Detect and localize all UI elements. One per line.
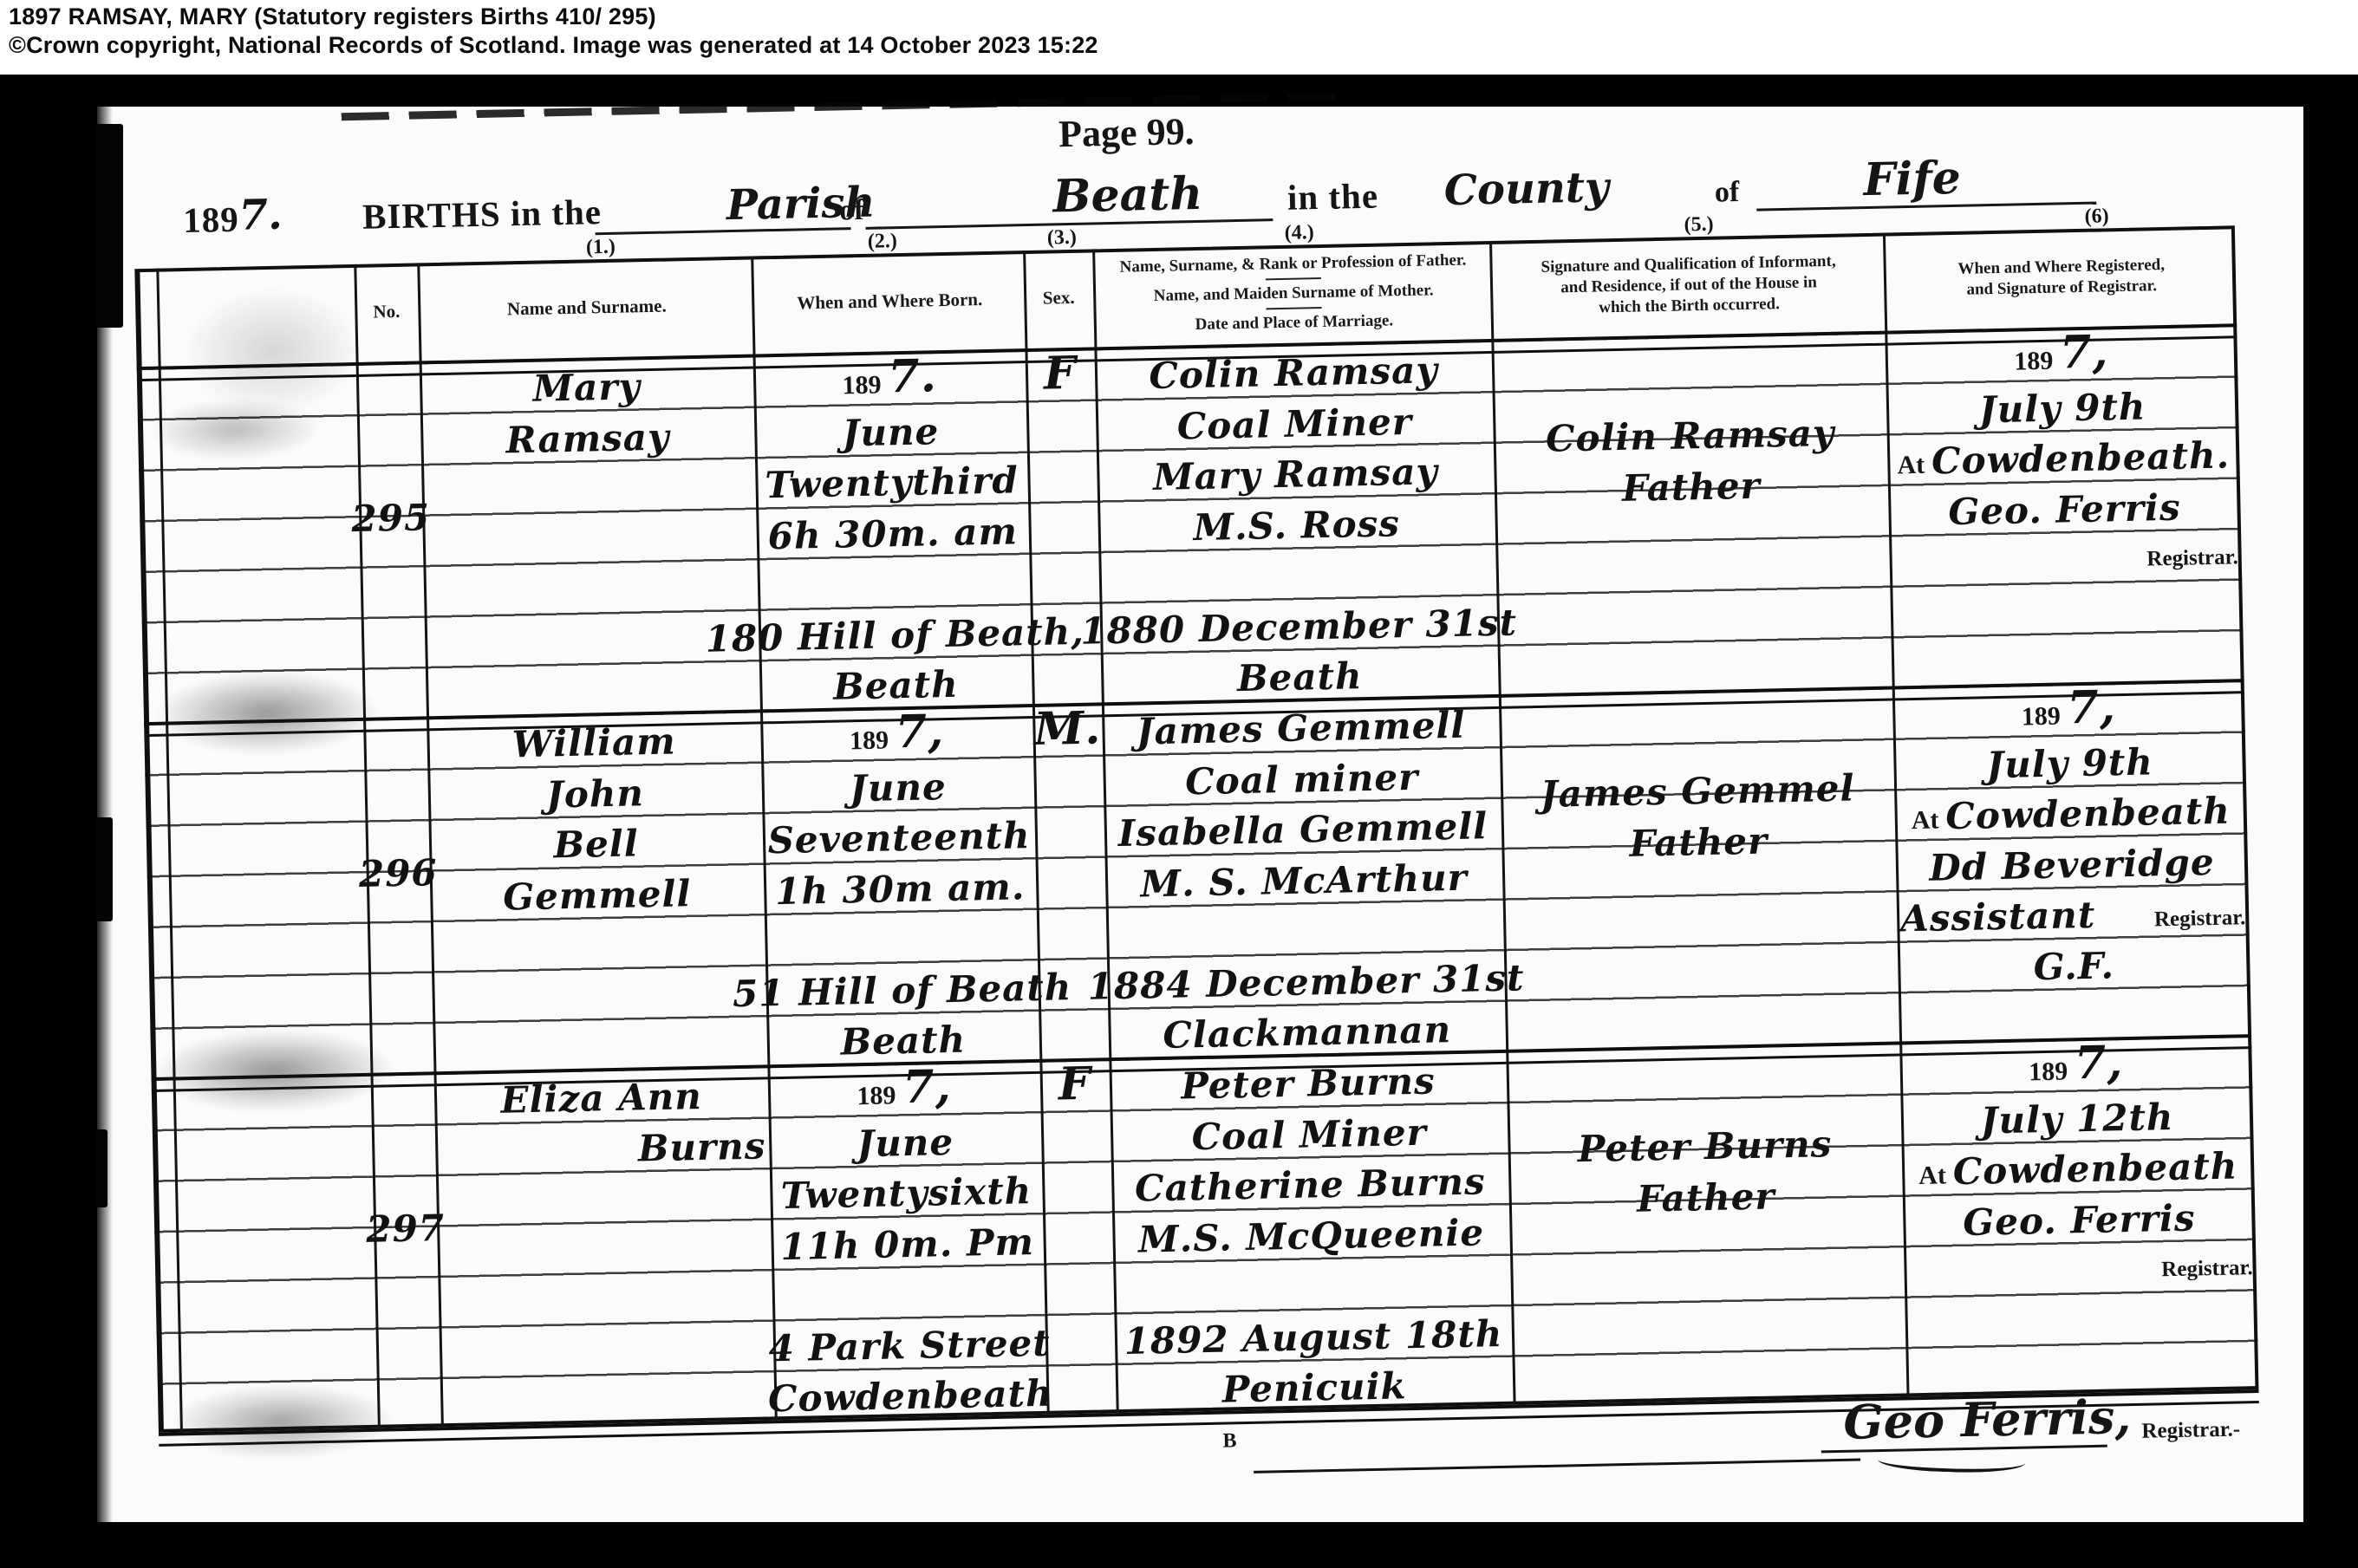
scan-edge-mark — [95, 1129, 107, 1207]
handwritten-text: William — [511, 723, 676, 763]
cell-entry: Mary — [423, 355, 751, 413]
handwritten-text: Colin Ramsay — [1546, 415, 1835, 458]
cell-entry: 1897, — [1896, 679, 2242, 737]
column-number-4: (4.) — [1284, 221, 1314, 245]
handwritten-text: F — [1044, 351, 1078, 397]
handwritten-text: Father — [1629, 823, 1768, 862]
title-year: 1897. — [183, 191, 283, 241]
handwritten-text: Eliza Ann — [500, 1078, 702, 1119]
column-number-2: (2.) — [868, 230, 898, 254]
cell-entry: M.S. McQueenie — [1116, 1202, 1507, 1261]
handwritten-text: Twentysixth — [780, 1173, 1032, 1214]
preprinted-text: Registrar. — [2146, 546, 2238, 572]
handwritten-text: M. S. McArthur — [1140, 859, 1468, 902]
cell-entry: M. — [1036, 702, 1099, 754]
header-name: Name and Surname. — [420, 259, 752, 358]
handwritten-text: Beath — [1237, 659, 1363, 698]
title-of1: of — [838, 179, 863, 228]
handwritten-text: Cowdenbeath. — [1931, 438, 2231, 480]
footer-ruled-line — [1254, 1458, 1860, 1473]
cell-entry: Cowdenbeath — [778, 1363, 1044, 1420]
cell-entry: Father — [1497, 452, 1885, 511]
registrar-signature-row: Geo Ferris, Registrar.- — [1799, 1387, 2285, 1451]
scan-smudge — [168, 1383, 395, 1461]
cell-entry: June — [772, 1110, 1039, 1167]
column-number-6: (6) — [2084, 205, 2109, 229]
title-county-hand: County — [1443, 163, 1609, 215]
handwritten-text: 297 — [366, 1210, 446, 1248]
cell-entry: Catherine Burns — [1115, 1151, 1506, 1210]
handwritten-text: 7, — [2060, 329, 2109, 375]
header-no: No. — [354, 265, 419, 358]
header-born: When and Where Born. — [754, 253, 1025, 350]
cell-entry: 1880 December 31st — [1103, 593, 1494, 652]
handwritten-text: Peter Burns — [1577, 1126, 1832, 1168]
handwritten-text: Bell — [553, 825, 639, 863]
cell-entry: 1897, — [771, 1059, 1037, 1116]
cell-entry: 51 Hill of Beath — [769, 958, 1035, 1014]
preprinted-text: 189 — [850, 725, 889, 756]
handwritten-text: 1h 30m am. — [775, 869, 1026, 910]
scanned-content: Page 99. 1897. BIRTHS in the Parish of B… — [81, 62, 2316, 1523]
cell-entry: John — [431, 760, 759, 818]
cell-entry: Burns — [439, 1116, 766, 1174]
handwritten-text: Colin Ramsay — [1149, 352, 1438, 394]
header-registered: When and Where Registered, and Signature… — [1886, 228, 2237, 327]
cell-entry: 180 Hill of Beath, — [762, 602, 1028, 659]
handwritten-text: 7, — [2074, 1040, 2123, 1086]
cell-entry: Peter Burns — [1112, 1050, 1503, 1109]
cell-entry: Gemmell — [433, 862, 761, 920]
scan-edge-mark — [95, 817, 113, 921]
cell-entry: AtCowdenbeath — [1905, 1135, 2251, 1194]
cell-entry: Colin Ramsay — [1496, 402, 1884, 461]
handwritten-text: Beath — [840, 1022, 966, 1061]
register-page: Page 99. 1897. BIRTHS in the Parish of B… — [97, 107, 2303, 1522]
scan-smudge — [152, 1027, 396, 1115]
cell-entry: June — [765, 755, 1031, 811]
cell-entry: 11h 0m. Pm — [774, 1212, 1040, 1268]
handwritten-text: June — [850, 769, 948, 807]
title-inthe: in the — [1286, 168, 1378, 218]
header-divider — [1267, 307, 1322, 309]
handwritten-text: Coal Miner — [1176, 403, 1412, 445]
preprinted-text: Registrar. — [2154, 906, 2246, 932]
handwritten-text: Penicuik — [1221, 1369, 1407, 1409]
registrar-label: Registrar.- — [2141, 1417, 2240, 1443]
cell-entry: Mary Ramsay — [1100, 440, 1491, 499]
preprinted-text: 189 — [2029, 1057, 2068, 1087]
header-divider — [1266, 277, 1321, 280]
copyright-notice: ©Crown copyright, National Records of Sc… — [9, 32, 1098, 59]
header-parents: Name, Surname, & Rank or Profession of F… — [1096, 244, 1491, 343]
preprinted-text: At — [1897, 451, 1925, 481]
handwritten-text: Coal miner — [1185, 758, 1419, 800]
handwritten-text: F — [1058, 1062, 1091, 1108]
cell-entry: M.S. Ross — [1101, 491, 1492, 550]
handwritten-text: Ramsay — [505, 419, 670, 459]
handwritten-text: Cowdenbeath — [1945, 793, 2231, 836]
cell-entry: 1h 30m am. — [767, 856, 1033, 913]
handwritten-text: Father — [1637, 1178, 1775, 1217]
handwritten-text: June — [842, 413, 940, 452]
handwritten-text: Coal Miner — [1191, 1114, 1427, 1155]
scan-smudge — [147, 398, 322, 462]
preprinted-text: At — [1911, 806, 1938, 836]
handwritten-text: 296 — [359, 856, 439, 894]
viewer-header: 1897 RAMSAY, MARY (Statutory registers B… — [0, 0, 2358, 75]
column-number-3: (3.) — [1047, 226, 1078, 250]
preprinted-text: 189 — [2021, 702, 2061, 732]
cell-entry: James Gemmell — [1105, 694, 1496, 753]
cell-entry: Penicuik — [1119, 1354, 1510, 1413]
cell-entry: Ramsay — [424, 405, 752, 463]
handwritten-text: 295 — [351, 500, 431, 538]
cell-entry: Registrar. — [1892, 522, 2238, 580]
cell-entry: 1897, — [1888, 323, 2234, 381]
cell-entry: 1884 December 31st — [1111, 948, 1501, 1007]
cell-entry: July 9th — [1889, 374, 2235, 433]
record-number: 296 — [369, 843, 427, 895]
record-number: 297 — [376, 1199, 433, 1251]
cell-entry: June — [758, 400, 1024, 456]
cell-entry: Coal Miner — [1099, 390, 1490, 449]
handwritten-text: 11h 0m. Pm — [780, 1224, 1034, 1265]
cell-entry: Colin Ramsay — [1098, 339, 1488, 398]
cell-entry: Twentythird — [759, 450, 1025, 506]
handwritten-text: Peter Burns — [1181, 1063, 1436, 1104]
handwritten-text: M. — [1033, 706, 1102, 752]
cell-entry: Coal miner — [1106, 745, 1497, 804]
preprinted-text: At — [1918, 1161, 1946, 1192]
cell-entry: 4 Park Street — [776, 1313, 1042, 1370]
handwritten-text: July 9th — [1978, 388, 2146, 428]
cell-entry: 1897, — [1903, 1034, 2249, 1092]
handwritten-text: Father — [1622, 467, 1761, 506]
cell-entry: AtCowdenbeath. — [1891, 425, 2237, 483]
cell-entry: Beath — [763, 653, 1029, 709]
column-number-5: (5.) — [1684, 213, 1714, 237]
handwritten-text: 1892 August 18th — [1124, 1316, 1502, 1360]
handwritten-text: Dd Beveridge — [1929, 844, 2215, 887]
handwritten-text: Burns — [638, 1128, 766, 1167]
handwritten-text: James Gemmel — [1540, 770, 1854, 812]
handwritten-text: July 9th — [1986, 744, 2153, 784]
title-county-value: Fife — [1782, 154, 2042, 208]
record-title: 1897 RAMSAY, MARY (Statutory registers B… — [9, 3, 656, 30]
cell-entry: July 9th — [1897, 730, 2243, 788]
handwritten-text: Seventeenth — [767, 817, 1031, 859]
title-parish-value: Beath — [984, 170, 1271, 224]
cell-entry: 1897. — [756, 348, 1022, 405]
scan-smudge — [153, 669, 381, 756]
cell-entry: F — [1043, 1057, 1106, 1109]
preprinted-text: 189 — [857, 1081, 896, 1111]
cell-entry: Clackmannan — [1111, 999, 1502, 1057]
imprint-b-mark: B — [1222, 1429, 1237, 1453]
title-underline — [596, 227, 851, 235]
handwritten-text: M.S. Ross — [1193, 505, 1400, 546]
handwritten-text: 51 Hill of Beath — [733, 969, 1072, 1012]
handwritten-text: 4 Park Street — [768, 1325, 1051, 1368]
cell-entry: James Gemmel — [1503, 758, 1891, 817]
cell-entry: Father — [1512, 1163, 1899, 1222]
handwritten-text: July 12th — [1980, 1099, 2174, 1140]
cell-entry: M. S. McArthur — [1108, 847, 1499, 906]
cell-entry: 6h 30m. am — [759, 501, 1026, 557]
scan-background: Page 99. 1897. BIRTHS in the Parish of B… — [0, 75, 2358, 1568]
handwritten-text: G.F. — [2033, 947, 2114, 986]
cell-entry: Peter Burns — [1511, 1113, 1899, 1172]
cell-entry: Isabella Gemmell — [1107, 796, 1498, 855]
cell-entry: F — [1028, 347, 1091, 399]
handwritten-text: 6h 30m. am — [767, 513, 1018, 555]
cell-entry: Twentysixth — [773, 1161, 1039, 1217]
record-number: 295 — [362, 488, 420, 540]
header-sex: Sex. — [1023, 251, 1094, 345]
title-year-hand: 7. — [238, 191, 283, 240]
cell-entry: Father — [1505, 808, 1892, 867]
cell-entry: July 12th — [1904, 1085, 2250, 1143]
handwritten-text: 7, — [895, 709, 944, 755]
signature-flourish — [1878, 1448, 2026, 1474]
handwritten-text: Twentythird — [765, 462, 1019, 504]
column-number-1: (1.) — [586, 236, 616, 260]
cell-entry: Beath — [1104, 643, 1495, 702]
handwritten-text: 7. — [888, 354, 937, 400]
cell-entry: Dd Beveridge — [1899, 831, 2244, 889]
handwritten-text: Cowdenbeath — [1952, 1148, 2237, 1191]
page-number-label: Page 99. — [1035, 108, 1218, 156]
handwritten-text: Isabella Gemmell — [1117, 808, 1488, 852]
cell-entry: 1897, — [764, 704, 1030, 760]
registrar-signature: Geo Ferris, — [1843, 1389, 2132, 1450]
cell-entry: Seventeenth — [765, 805, 1032, 862]
cell-entry: Eliza Ann — [437, 1064, 765, 1122]
cell-entry: Coal Miner — [1114, 1100, 1505, 1159]
handwritten-text: 1880 December 31st — [1080, 604, 1517, 649]
handwritten-text: 7, — [902, 1064, 952, 1110]
handwritten-text: Catherine Burns — [1135, 1163, 1486, 1207]
preprinted-text: 189 — [2014, 347, 2054, 377]
scan-edge-mark — [95, 124, 123, 328]
cell-entry: William — [430, 710, 758, 768]
handwritten-text: Clackmannan — [1163, 1012, 1452, 1055]
preprinted-text: Registrar. — [2161, 1257, 2253, 1283]
cell-entry: Registrar. — [1907, 1233, 2253, 1291]
handwritten-text: 7, — [2067, 685, 2116, 731]
preprinted-text: 189 — [842, 370, 882, 400]
handwritten-text: 180 Hill of Beath, — [705, 614, 1085, 658]
handwritten-text: June — [857, 1124, 954, 1162]
handwritten-text: Mary — [532, 368, 641, 407]
cell-entry: Beath — [770, 1008, 1036, 1064]
title-births: BIRTHS in the — [362, 184, 602, 237]
title-of2: of — [1714, 160, 1739, 210]
title-year-printed: 189 — [183, 198, 239, 241]
header-informant: Signature and Qualification of Informant… — [1493, 236, 1885, 335]
cell-entry: 1892 August 18th — [1117, 1304, 1508, 1363]
handwritten-text: John — [545, 775, 644, 813]
cell-entry: AtCowdenbeath — [1898, 780, 2244, 838]
cell-entry: Registrar. — [1899, 882, 2245, 940]
handwritten-text: James Gemmell — [1136, 707, 1465, 751]
handwritten-text: 1884 December 31st — [1087, 960, 1524, 1005]
handwritten-text: Cowdenbeath — [768, 1376, 1053, 1418]
cell-entry: G.F. — [1901, 933, 2247, 991]
handwritten-text: Beath — [833, 667, 959, 706]
handwritten-text: Mary Ramsay — [1153, 453, 1438, 496]
cell-entry: Bell — [432, 811, 759, 869]
handwritten-text: M.S. McQueenie — [1138, 1214, 1485, 1258]
handwritten-text: Gemmell — [503, 875, 692, 915]
